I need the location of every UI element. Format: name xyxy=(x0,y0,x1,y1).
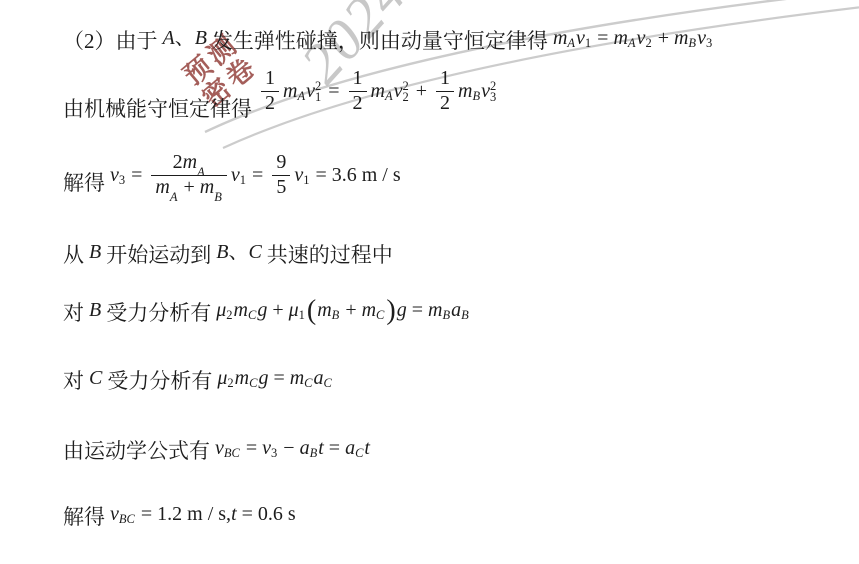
math-subscript: C xyxy=(249,368,257,398)
math-operator-text: 2 xyxy=(173,151,183,175)
solution-line: 解得v3 = 2mAmA + mBv1 = 95v1 = 3.6 m / s xyxy=(63,151,843,199)
math-operator-text: 2 xyxy=(265,92,275,116)
math-operator-text: 1 xyxy=(353,67,363,91)
math-variable: v xyxy=(294,160,303,190)
math-subscript: 2 xyxy=(226,300,232,330)
math-operator-text: + xyxy=(267,295,288,325)
math-variable: v xyxy=(637,23,646,53)
math-operator-text: = 3.6 m / s xyxy=(310,160,400,190)
math-operator-text: 2 xyxy=(353,92,363,116)
math-operator-text: + xyxy=(653,23,674,53)
math-fraction: 2mAmA + mB xyxy=(151,151,226,199)
math-fraction: 95 xyxy=(272,151,290,199)
text-run: 由机械能守恒定律得 xyxy=(63,93,252,125)
math-variable: B xyxy=(89,237,101,267)
text-run: 解得 xyxy=(63,167,105,199)
math-subscript: B xyxy=(332,300,340,330)
math-subscript: B xyxy=(310,438,318,468)
math-subscript: A xyxy=(197,165,205,180)
solution-lines: （2）由于A、B发生弹性碰撞，则由动量守恒定律得mAv1 = mAv2 + mB… xyxy=(63,25,843,533)
math-fraction: 12 xyxy=(349,67,367,115)
math-operator-text: = xyxy=(268,363,289,393)
solution-line: 解得vBC = 1.2 m / s,t = 0.6 s xyxy=(63,501,843,533)
math-operator-text: = xyxy=(241,433,262,463)
math-fraction: 12 xyxy=(261,67,279,115)
math-subscript: A xyxy=(170,190,178,205)
text-run: 开始运动到 xyxy=(106,239,211,271)
math-subscript: 2 xyxy=(227,368,233,398)
math-variable: m xyxy=(428,295,442,325)
math-subscript: C xyxy=(376,300,384,330)
math-operator-text: = xyxy=(592,23,613,53)
text-run: 对 xyxy=(63,365,84,397)
math-subscript: B xyxy=(442,300,450,330)
text-run: 由运动学公式有 xyxy=(63,435,210,467)
math-subscript: B xyxy=(461,300,469,330)
math-variable: B xyxy=(89,295,101,325)
math-fraction-denominator: 2 xyxy=(436,91,454,116)
math-operator-text: = 0.6 s xyxy=(237,499,296,529)
math-variable: v xyxy=(481,76,490,106)
math-subscript: 3 xyxy=(490,92,496,103)
math-variable: v xyxy=(110,160,119,190)
math-variable: a xyxy=(314,363,324,393)
math-fraction-numerator: 1 xyxy=(261,67,279,91)
math-variable: v xyxy=(262,433,271,463)
math-supsub: 21 xyxy=(315,81,321,103)
math-paren: ) xyxy=(386,296,395,326)
math-variable: B xyxy=(216,237,228,267)
math-operator-text: = xyxy=(247,160,268,190)
math-run: C xyxy=(89,363,102,393)
math-run: 12mAv21 = 12mAv22 + 12mBv23 xyxy=(257,67,498,115)
math-subscript: 3 xyxy=(119,165,125,195)
text-run: 共速的过程中 xyxy=(267,239,393,271)
math-operator-text: 9 xyxy=(276,151,286,175)
math-run: B xyxy=(89,237,101,267)
math-fraction-denominator: 5 xyxy=(272,175,290,200)
math-variable: m xyxy=(155,176,169,200)
math-run: μ2mCg + μ1(mB + mC)g = mBaB xyxy=(216,295,470,325)
math-variable: m xyxy=(235,363,249,393)
math-run: B、C xyxy=(216,237,262,267)
math-variable: v xyxy=(306,76,315,106)
math-operator-text: = xyxy=(324,433,345,463)
math-variable: a xyxy=(300,433,310,463)
math-fraction-denominator: 2 xyxy=(261,91,279,116)
math-operator-text: = 1.2 m / s, xyxy=(136,499,231,529)
math-subscript: C xyxy=(304,368,312,398)
math-fraction-numerator: 1 xyxy=(436,67,454,91)
math-operator-text: 1 xyxy=(265,67,275,91)
math-variable: m xyxy=(458,76,472,106)
math-subscript: A xyxy=(385,81,393,111)
math-variable: t xyxy=(364,433,370,463)
math-run: vBC = v3 − aBt = aCt xyxy=(215,433,370,463)
math-subscript: 3 xyxy=(271,438,277,468)
solution-line: 从B开始运动到B、C共速的过程中 xyxy=(63,239,843,271)
math-variable: m xyxy=(371,76,385,106)
math-variable: m xyxy=(283,76,297,106)
math-supsub: 23 xyxy=(490,81,496,103)
math-variable: m xyxy=(674,23,688,53)
math-operator-text: 1 xyxy=(440,67,450,91)
math-subscript: 1 xyxy=(299,300,305,330)
math-variable: m xyxy=(234,295,248,325)
math-variable: μ xyxy=(216,295,226,325)
math-operator-text: 5 xyxy=(276,176,286,200)
math-variable: m xyxy=(183,151,197,175)
math-variable: v xyxy=(110,499,119,529)
math-subscript: BC xyxy=(119,504,135,534)
math-variable: B xyxy=(195,23,207,53)
math-variable: A xyxy=(163,23,175,53)
math-operator-text: 、 xyxy=(228,237,248,267)
math-operator-text: = xyxy=(126,160,147,190)
math-variable: m xyxy=(362,295,376,325)
math-variable: μ xyxy=(217,363,227,393)
math-variable: C xyxy=(89,363,102,393)
math-subscript: B xyxy=(472,81,480,111)
math-operator-text: = xyxy=(323,76,344,106)
math-paren: ( xyxy=(307,296,316,326)
math-fraction-denominator: mA + mB xyxy=(151,175,226,200)
math-subscript: 2 xyxy=(645,28,651,58)
math-subscript: A xyxy=(567,28,575,58)
solution-line: 对C受力分析有μ2mCg = mCaC xyxy=(63,365,843,397)
math-run: B xyxy=(89,295,101,325)
math-subscript: 2 xyxy=(403,92,409,103)
math-variable: m xyxy=(613,23,627,53)
math-run: μ2mCg = mCaC xyxy=(217,363,333,393)
math-variable: g xyxy=(258,363,268,393)
text-run: 发生弹性碰撞，则由动量守恒定律得 xyxy=(212,25,548,57)
math-subscript: B xyxy=(688,28,696,58)
text-run: 对 xyxy=(63,297,84,329)
math-run: A、B xyxy=(163,23,207,53)
solution-line: 由机械能守恒定律得12mAv21 = 12mAv22 + 12mBv23 xyxy=(63,67,843,125)
math-operator-text: + xyxy=(340,295,361,325)
math-subscript: 1 xyxy=(240,165,246,195)
math-subscript: 1 xyxy=(303,165,309,195)
math-variable: v xyxy=(394,76,403,106)
math-subscript: B xyxy=(214,190,222,205)
math-subscript: 1 xyxy=(315,92,321,103)
text-run: 受力分析有 xyxy=(106,297,211,329)
math-fraction-numerator: 9 xyxy=(272,151,290,175)
math-subscript: C xyxy=(355,438,363,468)
math-variable: g xyxy=(397,295,407,325)
math-subscript: A xyxy=(628,28,636,58)
math-run: vBC = 1.2 m / s,t = 0.6 s xyxy=(110,499,296,529)
math-supsub: 22 xyxy=(403,81,409,103)
math-variable: a xyxy=(345,433,355,463)
math-variable: μ xyxy=(289,295,299,325)
solution-line: 对B受力分析有μ2mCg + μ1(mB + mC)g = mBaB xyxy=(63,297,843,329)
math-variable: g xyxy=(257,295,267,325)
text-run: 受力分析有 xyxy=(107,365,212,397)
solution-content: （2）由于A、B发生弹性碰撞，则由动量守恒定律得mAv1 = mAv2 + mB… xyxy=(0,0,859,533)
math-subscript: A xyxy=(297,81,305,111)
math-variable: C xyxy=(248,237,261,267)
math-subscript: 3 xyxy=(706,28,712,58)
solution-line: 由运动学公式有vBC = v3 − aBt = aCt xyxy=(63,435,843,467)
math-operator-text: + xyxy=(411,76,432,106)
text-run: （2）由于 xyxy=(63,25,158,57)
math-run: v3 = 2mAmA + mBv1 = 95v1 = 3.6 m / s xyxy=(110,151,401,199)
math-fraction: 12 xyxy=(436,67,454,115)
math-variable: v xyxy=(576,23,585,53)
math-variable: v xyxy=(231,160,240,190)
text-run: 解得 xyxy=(63,501,105,533)
math-subscript: C xyxy=(248,300,256,330)
math-subscript: C xyxy=(324,368,332,398)
math-operator-text: 2 xyxy=(440,92,450,116)
math-fraction-denominator: 2 xyxy=(349,91,367,116)
math-operator-text: = xyxy=(407,295,428,325)
math-run: mAv1 = mAv2 + mBv3 xyxy=(553,23,713,53)
math-operator-text: 、 xyxy=(175,23,195,53)
math-fraction-numerator: 1 xyxy=(349,67,367,91)
math-variable: m xyxy=(290,363,304,393)
solution-line: （2）由于A、B发生弹性碰撞，则由动量守恒定律得mAv1 = mAv2 + mB… xyxy=(63,25,843,57)
math-fraction-numerator: 2mA xyxy=(169,151,210,175)
math-variable: a xyxy=(451,295,461,325)
math-variable: m xyxy=(553,23,567,53)
math-variable: v xyxy=(697,23,706,53)
math-variable: v xyxy=(215,433,224,463)
math-operator-text: − xyxy=(278,433,299,463)
math-variable: m xyxy=(317,295,331,325)
math-subscript: BC xyxy=(224,438,240,468)
text-run: 从 xyxy=(63,239,84,271)
math-subscript: 1 xyxy=(585,28,591,58)
